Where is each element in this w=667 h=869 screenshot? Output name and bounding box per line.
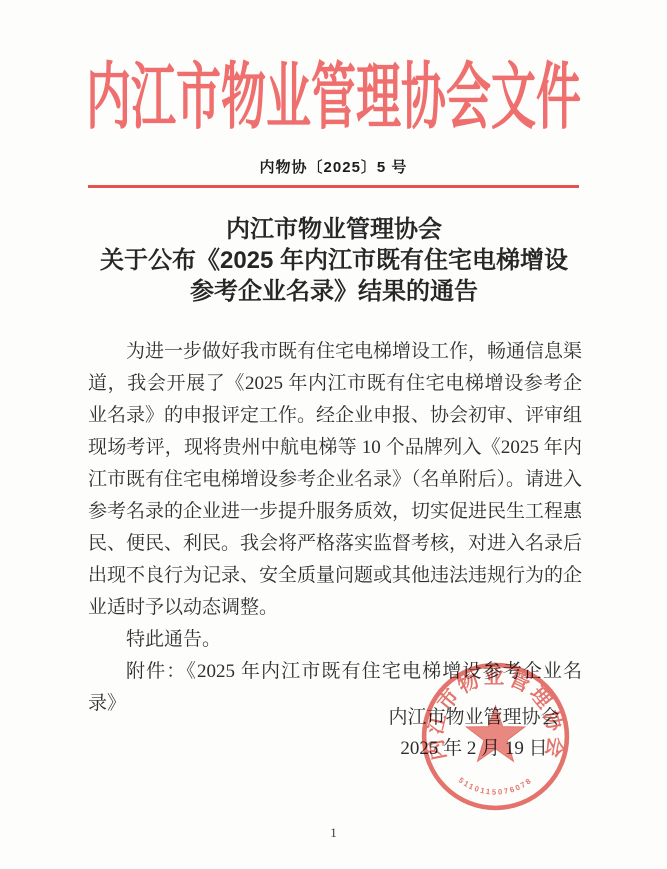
document-number: 内物协〔2025〕5 号 (0, 156, 667, 177)
red-divider-line (88, 185, 579, 188)
signature-date: 2025 年 2 月 19 日 (379, 733, 569, 764)
seal-number: 5110115076078 (457, 776, 534, 797)
document-title: 内江市物业管理协会 关于公布《2025 年内江市既有住宅电梯增设 参考企业名录》… (44, 214, 624, 307)
body-paragraph-notice: 特此通告。 (88, 624, 582, 656)
document-title-line-2: 关于公布《2025 年内江市既有住宅电梯增设 (44, 245, 624, 276)
document-title-line-1: 内江市物业管理协会 (44, 214, 624, 245)
signature-organization: 内江市物业管理协会 (379, 702, 569, 733)
official-document-page: 内江市物业管理协会文件 内物协〔2025〕5 号 内江市物业管理协会 关于公布《… (0, 0, 667, 869)
signature-block: 内江市物业管理协会 2025 年 2 月 19 日 (379, 702, 569, 764)
document-title-line-3: 参考企业名录》结果的通告 (44, 276, 624, 307)
svg-text:5110115076078: 5110115076078 (457, 776, 534, 797)
document-header-title: 内江市物业管理协会文件 (0, 38, 667, 143)
body-paragraph-main: 为进一步做好我市既有住宅电梯增设工作，畅通信息渠道，我会开展了《2025 年内江… (88, 336, 582, 624)
page-number: 1 (0, 825, 667, 841)
document-body: 为进一步做好我市既有住宅电梯增设工作，畅通信息渠道，我会开展了《2025 年内江… (88, 336, 582, 720)
